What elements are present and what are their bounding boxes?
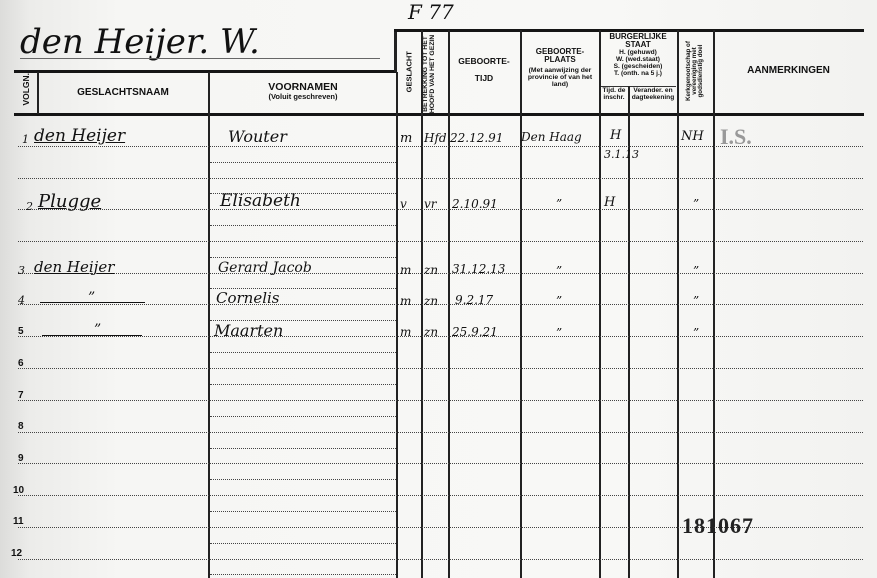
voornamen-subrule (210, 511, 396, 512)
col-line-voornamen-right (396, 72, 398, 578)
col-geboortetijd: GEBOORTE- TIJD (449, 57, 519, 83)
row-number: 6 (18, 358, 24, 369)
row-birth-place: ” (556, 294, 562, 308)
row-rule (18, 209, 863, 210)
row-number: 10 (13, 485, 24, 496)
ditto-line (40, 302, 145, 303)
row-number: 8 (18, 421, 24, 432)
row-birth-date: 22.12.91 (450, 131, 503, 145)
col-betrekking: BETREKKING TOT HET HOOFD VAN HET GEZIN (423, 32, 447, 116)
row-relation: zn (424, 263, 438, 277)
row-surname: ” (88, 290, 95, 306)
row-religion: ” (693, 294, 699, 308)
row-given: Maarten (214, 321, 283, 340)
voornamen-subrule (210, 448, 396, 449)
row-number: 7 (18, 390, 24, 401)
voornamen-subrule (210, 384, 396, 385)
row-relation: Hfd (424, 131, 447, 145)
head-of-household-name: den Heijer. W. (20, 22, 260, 62)
voornamen-subrule (210, 352, 396, 353)
row-birth-date: 31.12.13 (452, 262, 505, 276)
ditto-line (42, 335, 142, 336)
row-civil-status: H (610, 128, 621, 143)
row-given: Gerard Jacob (218, 260, 312, 276)
row-surname: den Heijer (34, 126, 125, 146)
row-sex: v (400, 197, 407, 211)
row-religion: ” (693, 197, 699, 211)
row-sex: m (400, 263, 411, 277)
row-status-change: 3.1.13 (604, 148, 639, 161)
col-geboorteplaats-2: PLAATS (521, 56, 599, 64)
row-rule (18, 368, 863, 369)
row-nr: 2 (26, 200, 33, 213)
row-nr: 4 (18, 294, 25, 307)
row-rule (18, 495, 863, 496)
voornamen-subrule (210, 162, 396, 163)
row-birth-date: 2.10.91 (452, 197, 498, 211)
col-line-volgnr (37, 72, 39, 114)
registration-number: 181067 (682, 513, 754, 539)
row-relation: vr (424, 197, 437, 211)
row-rule (18, 273, 863, 274)
row-birth-place: ” (556, 264, 562, 278)
row-birth-date: 9.2.17 (455, 293, 493, 307)
title-underline (20, 58, 380, 59)
bs-tijd: Tijd. de inschr. (600, 88, 628, 102)
row-religion: ” (693, 264, 699, 278)
row-civil-status: H (604, 195, 615, 210)
row-number: 9 (18, 453, 24, 464)
file-code: F 77 (408, 0, 454, 24)
col-burgerlijke-staat: BURGERLIJKE STAAT H. (gehuwd) W. (wed.st… (600, 33, 676, 77)
row-religion: ” (693, 326, 699, 340)
voornamen-subrule (210, 479, 396, 480)
row-nr: 3 (18, 264, 25, 277)
header-top-rule-left (14, 70, 396, 73)
row-given: Wouter (228, 127, 287, 146)
row-birth-place: ” (556, 326, 562, 340)
header-step (394, 30, 397, 72)
row-rule (18, 304, 863, 305)
col-geslacht: GESLACHT (405, 43, 413, 101)
row-birth-place: ” (556, 197, 562, 211)
row-birth-place: Den Haag (521, 130, 582, 144)
row-surname: Plugge (38, 191, 101, 212)
row-rule (18, 336, 863, 337)
row-relation: zn (424, 325, 438, 339)
voornamen-subrule (210, 543, 396, 544)
col-voornamen-sub: (Voluit geschreven) (210, 93, 396, 101)
row-rule (18, 432, 863, 433)
row-surname: den Heijer (34, 258, 114, 276)
row-rule (18, 241, 863, 242)
row-nr: 5 (18, 326, 24, 337)
row-number: 11 (13, 516, 24, 527)
row-sex: m (400, 325, 411, 339)
row-sex: m (400, 294, 411, 308)
bs-title: BURGERLIJKE STAAT (600, 33, 676, 50)
voornamen-subrule (210, 225, 396, 226)
row-birth-date: 25.9.21 (452, 325, 498, 339)
voornamen-subrule (210, 416, 396, 417)
row-rule (18, 400, 863, 401)
remarks-stamp: I.S. (720, 124, 752, 150)
bs-verander: Verander. en dagteekening (629, 88, 677, 102)
bs-t: T. (onth. na 5 j.) (600, 71, 676, 78)
col-geboortetijd-1: GEBOORTE- (449, 57, 519, 66)
row-given: Cornelis (216, 289, 280, 307)
row-rule (18, 463, 863, 464)
row-given: Elisabeth (220, 191, 301, 211)
col-geboorteplaats-sub: (Met aanwijzing der provincie of van het… (521, 67, 599, 88)
col-geboorteplaats: GEBOORTE- PLAATS (Met aanwijzing der pro… (521, 48, 599, 88)
col-aanmerkingen: AANMERKINGEN (716, 66, 861, 77)
row-rule (18, 559, 863, 560)
col-line-voornamen-left (208, 72, 210, 578)
voornamen-subrule (210, 574, 396, 575)
row-nr: 1 (22, 133, 29, 146)
row-number: 12 (11, 548, 22, 559)
col-geboortetijd-2: TIJD (449, 74, 519, 83)
row-sex: m (400, 131, 412, 146)
col-volgnummer: VOLGN. (22, 69, 31, 109)
row-rule (18, 178, 863, 179)
row-religion: NH (681, 129, 704, 144)
col-voornamen: VOORNAMEN (Voluit geschreven) (210, 82, 396, 101)
col-kerkgenootschap: Kerkgenootschap of vereeniging met godsd… (686, 33, 708, 109)
col-geslachtsnaam: GESLACHTSNAAM (38, 88, 208, 99)
row-relation: zn (424, 294, 438, 308)
registration-card: den Heijer. W. F 77 VOLGN. GESLACHTSNAAM… (0, 0, 877, 578)
voornamen-subrule (210, 257, 396, 258)
